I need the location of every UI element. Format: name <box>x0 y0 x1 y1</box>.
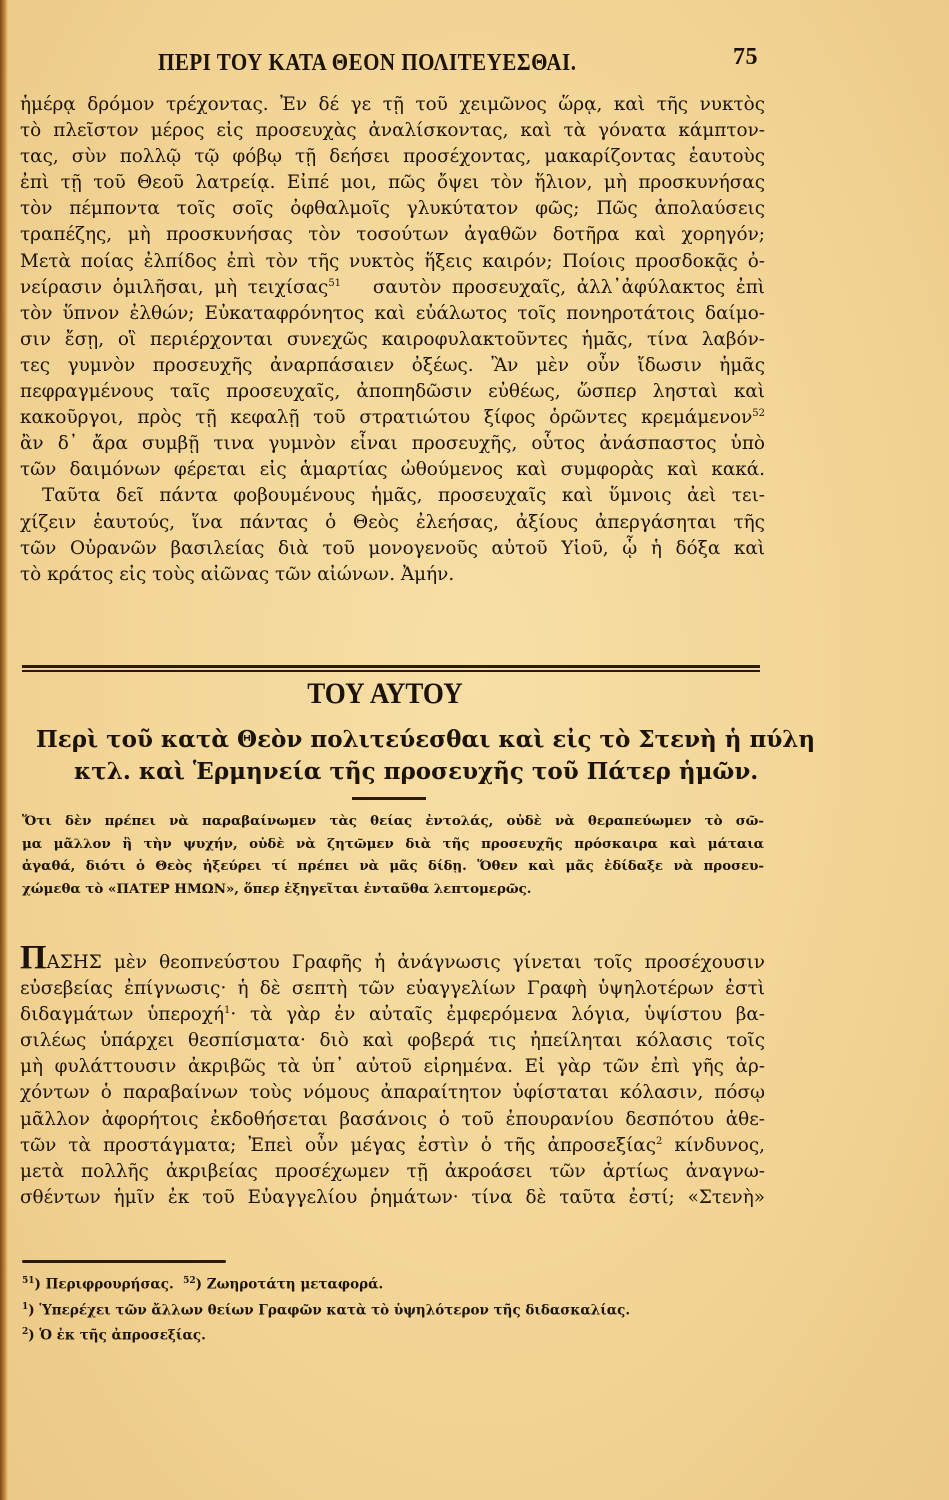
text-line: κακοῦργοι, πρὸς τῇ κεφαλῇ τοῦ στρατιώτου… <box>20 405 765 431</box>
first-word: ΑΣΗΣ <box>46 952 101 973</box>
text-fragment: νείρασιν ὁμιλῆσαι, μὴ τειχίσας <box>20 277 328 298</box>
text-line: τῶν δαιμόνων φέρεται εἰς ἁμαρτίας ὠθούμε… <box>20 457 765 483</box>
text-line: σθέντων ἡμῖν ἐκ τοῦ Εὐαγγελίου ῥημάτων· … <box>20 1185 765 1211</box>
text-line: χόντων ὁ παραβαίνων τοὺς νόμους ἀπαραίτη… <box>20 1080 765 1106</box>
text-line: μὴ φυλάττουσιν ἀκριβῶς τὰ ὑπ᾽ αὐτοῦ εἰρη… <box>20 1054 765 1080</box>
text-line: μᾶλλον ἀφορήτοις ἐκδοθήσεται βασάνοις ὁ … <box>20 1107 765 1133</box>
footnote-text: ) Ὑπερέχει τῶν ἄλλων θείων Γραφῶν κατὰ τ… <box>28 1302 630 1318</box>
text-line: τὸν πέμποντα τοῖς σοῖς ὀφθαλμοῖς γλυκύτα… <box>20 196 765 222</box>
section-title-line: Περὶ τοῦ κατὰ Θεὸν πολιτεύεσθαι καὶ εἰς … <box>36 724 766 756</box>
text-line: Ταῦτα δεῖ πάντα φοβουμένους ἡμᾶς, προσευ… <box>20 483 765 509</box>
text-fragment: σαυτὸν προσευχαῖς, ἀλλ᾽ἀφύλακτος ἐπὶ <box>373 277 765 298</box>
short-rule <box>352 797 426 800</box>
footnote-mark: 51 <box>22 1276 35 1286</box>
text-fragment: διδαγμάτων ὑπεροχή <box>20 1004 224 1025</box>
footnotes: 51) Περιφρουρήσας. 52) Ζωηροτάτη μεταφορ… <box>22 1270 764 1347</box>
footnote-ref[interactable]: 52 <box>752 408 765 419</box>
summary-line: ἀγαθά, διότι ὁ Θεὸς ἠξεύρει τί πρέπει νὰ… <box>22 855 764 878</box>
footnote-ref[interactable]: 51 <box>328 278 341 289</box>
section-title-line: κτλ. καὶ Ἑρμηνεία τῆς προσευχῆς τοῦ Πάτε… <box>36 756 766 788</box>
text-line: πεφραγμένους ταῖς προσευχαῖς, ἀποπηδῶσιν… <box>20 379 765 405</box>
section-title: Περὶ τοῦ κατὰ Θεὸν πολιτεύεσθαι καὶ εἰς … <box>36 724 766 788</box>
footnote: 1) Ὑπερέχει τῶν ἄλλων θείων Γραφῶν κατὰ … <box>22 1296 764 1322</box>
text-line: μετὰ πολλῆς ἀκριβείας προσέχωμεν τῇ ἀκρο… <box>20 1159 765 1185</box>
footnote-text: ) Ζωηροτάτη μεταφορά. <box>196 1277 384 1293</box>
footnote-mark: 52 <box>183 1276 196 1286</box>
text-line: ἡμέρᾳ δρόμον τρέχοντας. Ἐν δέ γε τῇ τοῦ … <box>20 92 765 118</box>
section-summary: Ὅτι δὲν πρέπει νὰ παραβαίνωμεν τὰς θείας… <box>22 810 764 900</box>
text-fragment: κακοῦργοι, πρὸς τῇ κεφαλῇ τοῦ στρατιώτου… <box>20 407 752 428</box>
text-fragment: κίνδυνος, <box>662 1135 765 1156</box>
text-line: τὸ πλεῖστον μέρος εἰς προσευχὰς ἀναλίσκο… <box>20 118 765 144</box>
summary-line: μα μᾶλλον ἢ τὴν ψυχήν, οὐδὲ νὰ ζητῶμεν δ… <box>22 833 764 856</box>
text-line: σιν ἔσῃ, οἳ περιέρχονται συνεχῶς καιροφυ… <box>20 327 765 353</box>
text-fragment: μὲν θεοπνεύστου Γραφῆς ἡ ἀνάγνωσις γίνετ… <box>102 952 765 973</box>
footnote-rule <box>22 1260 226 1263</box>
footnote-text: ) Περιφρουρήσας. <box>35 1277 174 1293</box>
running-title: ΠΕΡΙ ΤΟΥ ΚΑΤΑ ΘΕΟΝ ΠΟΛΙΤΕΥΕΣΘΑΙ. <box>158 48 576 77</box>
text-line: ἐπὶ τῇ τοῦ Θεοῦ λατρείᾳ. Εἰπέ μοι, πῶς ὄ… <box>20 170 765 196</box>
text-line: τὸ κράτος εἰς τοὺς αἰῶνας τῶν αἰώνων. Ἀμ… <box>20 562 765 588</box>
footnote-text: ) Ὁ ἐκ τῆς ἀπροσεξίας. <box>28 1328 206 1344</box>
section-author: ΤΟΥ ΑΥΤΟΥ <box>0 676 770 710</box>
text-line: τας, σὺν πολλῷ τῷ φόβῳ τῇ δεήσει προσέχο… <box>20 144 765 170</box>
text-fragment: τῶν τὰ προστάγματα; Ἐπεὶ οὖν μέγας ἐστὶν… <box>20 1135 656 1156</box>
text-line: νείρασιν ὁμιλῆσαι, μὴ τειχίσας51 σαυτὸν … <box>20 275 765 301</box>
paragraph-1: ἡμέρᾳ δρόμον τρέχοντας. Ἐν δέ γε τῇ τοῦ … <box>20 92 765 588</box>
drop-cap: Π <box>20 939 46 976</box>
section-divider <box>22 665 760 672</box>
text-line: ΠΑΣΗΣ μὲν θεοπνεύστου Γραφῆς ἡ ἀνάγνωσις… <box>20 945 765 976</box>
text-line: τῶν τὰ προστάγματα; Ἐπεὶ οὖν μέγας ἐστὶν… <box>20 1133 765 1159</box>
text-line: εὐσεβείας ἐπίγνωσις· ἡ δὲ σεπτὴ τῶν εὐαγ… <box>20 976 765 1002</box>
text-line: ἂν δ᾽ ἄρα συμβῇ τινα γυμνὸν εἶναι προσευ… <box>20 431 765 457</box>
footnote: 2) Ὁ ἐκ τῆς ἀπροσεξίας. <box>22 1321 764 1347</box>
text-line: τὸν ὕπνον ἐλθών; Εὐκαταφρόνητος καὶ εὐάλ… <box>20 301 765 327</box>
scanned-page: ΠΕΡΙ ΤΟΥ ΚΑΤΑ ΘΕΟΝ ΠΟΛΙΤΕΥΕΣΘΑΙ. 75 ἡμέρ… <box>0 0 949 1500</box>
paragraph-3: ΠΑΣΗΣ μὲν θεοπνεύστου Γραφῆς ἡ ἀνάγνωσις… <box>20 945 765 1211</box>
book-spine-shadow <box>0 0 8 1500</box>
text-line: τραπέζης, μὴ προσκυνήσας τὸν τοσούτων ἀγ… <box>20 222 765 248</box>
text-line: σιλέως ὑπάρχει θεσπίσματα· διὸ καὶ φοβερ… <box>20 1028 765 1054</box>
text-fragment: · τὰ γὰρ ἐν αὐταῖς ἐμφερόμενα λόγια, ὑψί… <box>230 1004 765 1025</box>
summary-line: Ὅτι δὲν πρέπει νὰ παραβαίνωμεν τὰς θείας… <box>22 810 764 833</box>
summary-line: χώμεθα τὸ «ΠΑΤΕΡ ΗΜΩΝ», ὅπερ ἐξηγεῖται ἐ… <box>22 878 764 901</box>
text-line: Μετὰ ποίας ἐλπίδος ἐπὶ τὸν τῆς νυκτὸς ἥξ… <box>20 249 765 275</box>
text-line: τες γυμνὸν προσευχῆς ἀναρπάσαιεν ὀξέως. … <box>20 353 765 379</box>
text-line: τῶν Οὐρανῶν βασιλείας διὰ τοῦ μονογενοῦς… <box>20 536 765 562</box>
text-line: διδαγμάτων ὑπεροχή1· τὰ γὰρ ἐν αὐταῖς ἐμ… <box>20 1002 765 1028</box>
footnote: 51) Περιφρουρήσας. 52) Ζωηροτάτη μεταφορ… <box>22 1270 764 1296</box>
page-number: 75 <box>733 44 758 71</box>
text-line: χίζειν ἑαυτούς, ἵνα πάντας ὁ Θεὸς ἐλεήσα… <box>20 510 765 536</box>
